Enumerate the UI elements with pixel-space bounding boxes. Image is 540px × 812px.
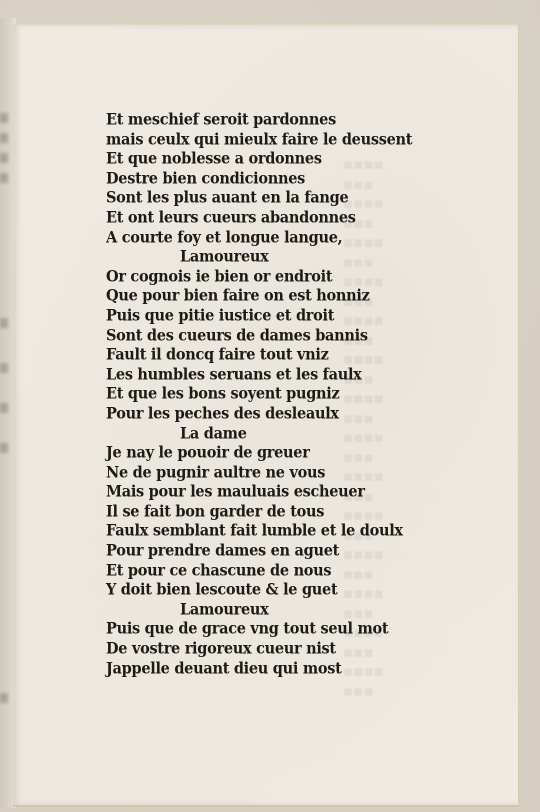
verse-line: De vostre rigoreux cueur nist <box>106 638 436 659</box>
verse-line: Puis que pitie iustice et droit <box>106 305 436 326</box>
verse-line: Mais pour les mauluais escheuer <box>106 481 436 502</box>
speaker-heading: Lamoureux <box>106 599 436 620</box>
bleed-mark <box>0 403 8 413</box>
verse-line: Sont les plus auant en la fange <box>106 188 436 209</box>
verse-line: Faulx semblant fait lumble et le doulx <box>106 521 436 542</box>
verse-line: Fault il doncq faire tout vniz <box>106 344 436 365</box>
verse-line: Sont des cueurs de dames bannis <box>106 325 436 346</box>
verse-line: Que pour bien faire on est honniz <box>106 286 436 307</box>
bleed-mark <box>0 133 8 143</box>
bleed-mark <box>0 318 8 328</box>
verse-text-block: Et meschief seroit pardonnes mais ceulx … <box>106 110 436 678</box>
verse-line: Je nay le pouoir de greuer <box>106 442 436 463</box>
verse-line: Et pour ce chascune de nous <box>106 560 436 581</box>
verse-line: Jappelle deuant dieu qui most <box>106 658 436 679</box>
bleed-mark <box>0 153 8 163</box>
verse-line: Ne de pugnir aultre ne vous <box>106 462 436 483</box>
bleed-mark <box>0 113 8 123</box>
bleed-mark <box>0 363 8 373</box>
verse-line: Puis que de grace vng tout seul mot <box>106 619 436 640</box>
verse-line: Y doit bien lescoute & le guet <box>106 579 436 600</box>
verse-line: Il se fait bon garder de tous <box>106 501 436 522</box>
bleed-mark <box>0 693 8 703</box>
verse-line: Or cognois ie bien or endroit <box>106 266 436 287</box>
verse-line: Pour les peches des desleaulx <box>106 403 436 424</box>
verse-line: Les humbles seruans et les faulx <box>106 364 436 385</box>
verse-line: A courte foy et longue langue, <box>106 227 436 248</box>
verse-line: Destre bien condicionnes <box>106 168 436 189</box>
verse-line: Et ont leurs cueurs abandonnes <box>106 207 436 228</box>
book-page: ▪▪▪▪▪▪▪▪▪▪▪▪▪▪▪▪▪▪▪▪▪▪▪▪▪▪▪▪▪▪▪▪▪▪▪▪▪▪▪▪… <box>13 24 519 807</box>
bleed-mark <box>0 173 8 183</box>
verse-line: Et meschief seroit pardonnes <box>106 109 436 130</box>
verse-line: Pour prendre dames en aguet <box>106 540 436 561</box>
speaker-heading: La dame <box>106 423 436 444</box>
verse-line: Et que noblesse a ordonnes <box>106 148 436 169</box>
speaker-heading: Lamoureux <box>106 246 436 267</box>
verse-line: mais ceulx qui mieulx faire le deussent <box>106 129 436 150</box>
verse-line: Et que les bons soyent pugniz <box>106 384 436 405</box>
bleed-mark <box>0 443 8 453</box>
